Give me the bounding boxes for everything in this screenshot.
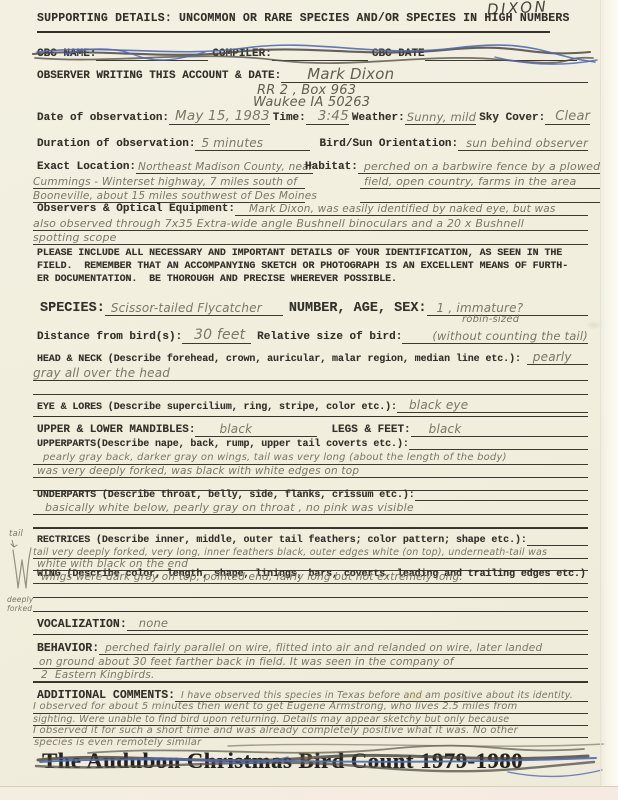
duration-row: Duration of observation: 5 minutes Bird/… <box>37 134 588 151</box>
duration-label: Duration of observation: <box>37 139 195 151</box>
orientation-field: sun behind observer <box>458 138 588 152</box>
title-rule <box>37 31 550 33</box>
wing-blank-rule <box>33 572 588 598</box>
equipment-line-3: spotting scope <box>33 232 117 243</box>
habitat-line3-rule <box>360 173 600 203</box>
head-neck-line3-rule <box>33 368 588 395</box>
time-value: 3:45 <box>318 110 349 124</box>
weather-value: Sunny, mild <box>407 112 476 124</box>
number-age-sex-label: NUMBER, AGE, SEX: <box>289 302 427 316</box>
forked-tail-sketch <box>6 540 34 594</box>
orientation-value: sun behind observer <box>466 138 588 150</box>
relative-size-field: (without counting the tail) <box>402 331 588 345</box>
section-divider-5 <box>33 682 588 683</box>
orientation-label: Bird/Sun Orientation: <box>320 139 459 151</box>
paper-stain <box>294 750 322 766</box>
distance-field: 30 feet <box>182 328 251 344</box>
instructions-line-3: ER DOCUMENTATION. BE THOROUGH AND PRECIS… <box>37 273 589 286</box>
species-value: Scissor-tailed Flycatcher <box>111 302 262 314</box>
sky-label: Sky Cover: <box>479 113 545 125</box>
sky-value: Clear <box>555 110 590 123</box>
margin-sketch-caption: deeply forked <box>7 596 41 613</box>
instructions-line-1: PLEASE INCLUDE ALL NECESSARY AND IMPORTA… <box>37 247 589 260</box>
weather-label: Weather: <box>352 113 405 125</box>
scan-right-edge <box>600 0 618 800</box>
section-divider-4 <box>33 634 588 635</box>
section-divider-1 <box>33 416 588 417</box>
behavior-line-3: 2 Eastern Kingbirds. <box>41 670 154 681</box>
paper-stain <box>400 690 430 704</box>
date-field: May 15, 1983 <box>169 110 270 126</box>
eye-lores-row: EYE & LORES (Describe supercilium, ring,… <box>37 398 588 413</box>
scanned-form-page: DIXON SUPPORTING DETAILS: UNCOMMON OR RA… <box>0 0 618 800</box>
location-line3-rule: Booneville, about 15 miles southwest of … <box>33 173 305 203</box>
distance-row: Distance from bird(s): 30 feet Relative … <box>37 327 588 344</box>
observer-label: OBSERVER WRITING THIS ACCOUNT & DATE: <box>37 71 281 83</box>
margin-sketch-tail-label: tail <box>9 530 23 539</box>
sky-field: Clear <box>545 110 590 125</box>
mandibles-value: black <box>219 423 252 435</box>
underparts-blank-rule <box>33 501 588 528</box>
time-field: 3:45 <box>306 110 349 126</box>
date-value: May 15, 1983 <box>175 110 270 124</box>
vocalization-value: none <box>139 618 169 630</box>
eye-lores-field: black eye <box>397 399 588 413</box>
relative-size-label: Relative size of bird: <box>257 332 402 344</box>
behavior-line3-rule: 2 Eastern Kingbirds. <box>33 654 588 682</box>
duration-field: 5 minutes <box>195 137 309 151</box>
eye-lores-label: EYE & LORES (Describe supercilium, ring,… <box>37 403 397 414</box>
weather-field: Sunny, mild <box>405 112 476 126</box>
instructions-paragraph: PLEASE INCLUDE ALL NECESSARY AND IMPORTA… <box>37 247 589 286</box>
legs-feet-field: black <box>411 423 588 437</box>
legs-feet-value: black <box>429 423 462 435</box>
eye-lores-value: black eye <box>409 399 468 411</box>
number-age-sex-value: 1 , immature? <box>437 302 524 314</box>
mandibles-field: black <box>195 423 317 437</box>
vocalization-label: VOCALIZATION: <box>37 619 127 631</box>
form-title: SUPPORTING DETAILS: UNCOMMON OR RARE SPE… <box>37 13 570 25</box>
relative-size-value: (without counting the tail) <box>432 331 588 343</box>
section-divider-2 <box>33 528 588 529</box>
observer-name-handwriting: Mark Dixon <box>307 67 394 82</box>
section-divider-3 <box>33 611 588 612</box>
vocalization-row: VOCALIZATION: none <box>37 616 588 631</box>
habitat-label: Habitat: <box>305 162 358 174</box>
comments-line-4: I observed it for such a short time and … <box>33 726 518 736</box>
duration-value: 5 minutes <box>201 137 263 149</box>
species-label: SPECIES: <box>40 302 105 316</box>
species-field: Scissor-tailed Flycatcher <box>105 302 283 316</box>
vocalization-field: none <box>127 618 588 632</box>
time-label: Time: <box>273 113 306 125</box>
comments-line4-rule: I observed it for such a short time and … <box>33 713 588 738</box>
equipment-line3-rule: spotting scope <box>33 215 588 245</box>
observer-field: Mark Dixon <box>281 67 588 83</box>
mandibles-row: UPPER & LOWER MANDIBLES: black LEGS & FE… <box>37 422 588 437</box>
scan-bottom-edge <box>0 786 618 800</box>
date-label: Date of observation: <box>37 113 169 125</box>
distance-label: Distance from bird(s): <box>37 332 182 344</box>
distance-value: 30 feet <box>194 328 245 342</box>
instructions-line-2: FIELD. REMEMBER THAT AN ACCOMPANYING SKE… <box>37 260 589 273</box>
size-note-above: robin-sized <box>462 315 519 325</box>
observer-row: OBSERVER WRITING THIS ACCOUNT & DATE: Ma… <box>37 66 588 83</box>
date-row: Date of observation: May 15, 1983 Time: … <box>37 108 588 125</box>
